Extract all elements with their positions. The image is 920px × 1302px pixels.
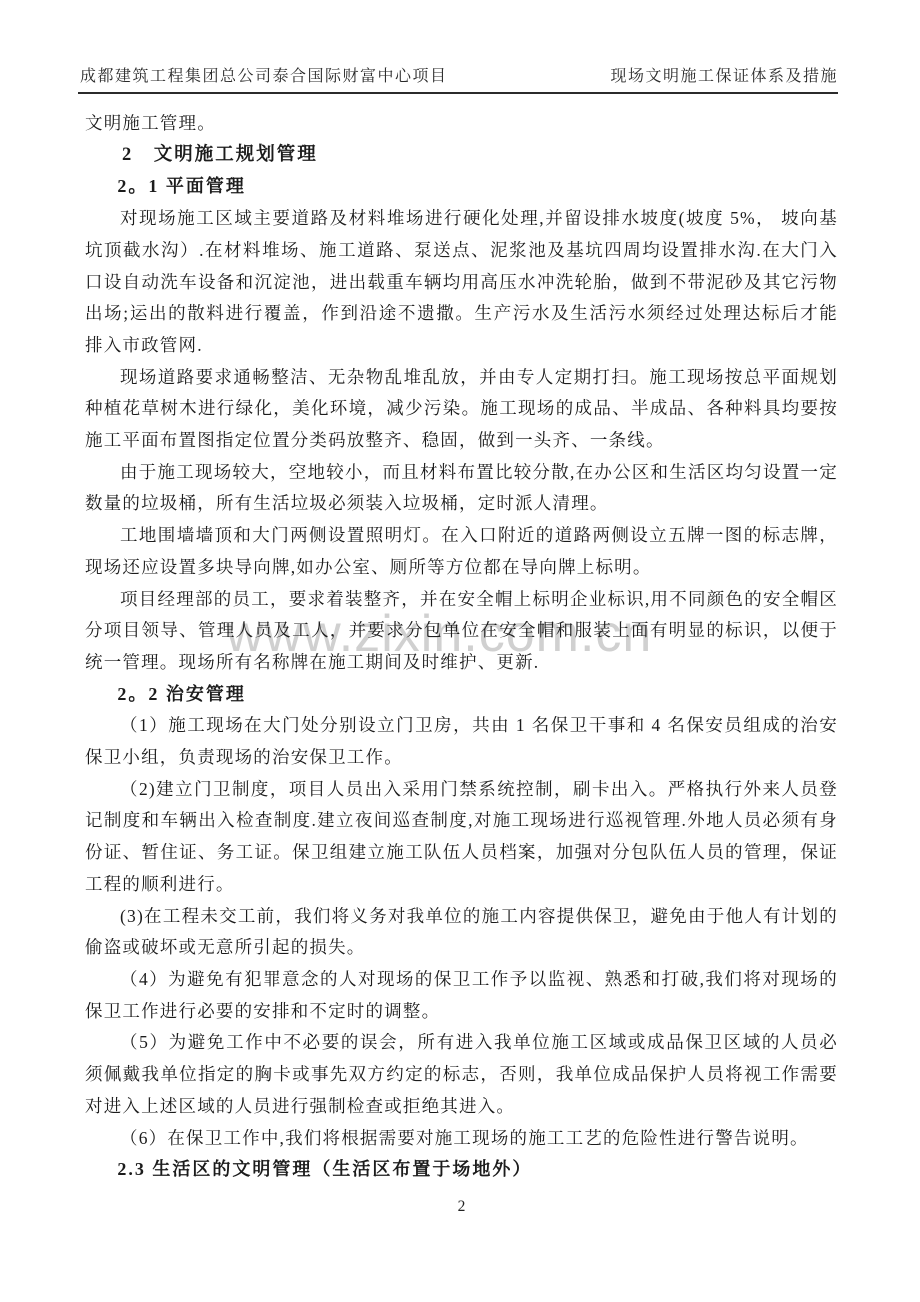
paragraph: （2)建立门卫制度，项目人员出入采用门禁系统控制，刷卡出入。严格执行外来人员登记…	[85, 774, 838, 901]
page-footer: 2	[85, 1198, 838, 1216]
paragraph: 项目经理部的员工，要求着装整齐，并在安全帽上标明企业标识,用不同颜色的安全帽区分…	[85, 584, 838, 679]
document-body: 文明施工管理。2 文明施工规划管理2。1 平面管理对现场施工区域主要道路及材料堆…	[85, 108, 838, 1186]
section-heading: 2 文明施工规划管理	[85, 140, 838, 172]
page-number: 2	[458, 1198, 466, 1215]
paragraph: 现场道路要求通畅整洁、无杂物乱堆乱放，并由专人定期打扫。施工现场按总平面规划种植…	[85, 362, 838, 457]
paragraph: （1）施工现场在大门处分别设立门卫房，共由 1 名保卫干事和 4 名保安员组成的…	[85, 710, 838, 773]
paragraph: 对现场施工区域主要道路及材料堆场进行硬化处理,并留设排水坡度(坡度 5%， 坡向…	[85, 203, 838, 362]
section-heading: 2。2 治安管理	[85, 679, 838, 711]
header-right-title: 现场文明施工保证体系及措施	[610, 63, 838, 86]
paragraph: (3)在工程未交工前，我们将义务对我单位的施工内容提供保卫，避免由于他人有计划的…	[85, 901, 838, 964]
paragraph: （4）为避免有犯罪意念的人对现场的保卫工作予以监视、熟悉和打破,我们将对现场的保…	[85, 964, 838, 1027]
section-heading: 2.3 生活区的文明管理（生活区布置于场地外）	[85, 1154, 838, 1186]
paragraph: 由于施工现场较大，空地较小，而且材料布置比较分散,在办公区和生活区均匀设置一定数…	[85, 457, 838, 520]
header-divider	[78, 92, 838, 94]
paragraph: 工地围墙墙顶和大门两侧设置照明灯。在入口附近的道路两侧设立五牌一图的标志牌，现场…	[85, 520, 838, 583]
paragraph: （6）在保卫工作中,我们将根据需要对施工现场的施工工艺的危险性进行警告说明。	[85, 1123, 838, 1155]
header-left-title: 成都建筑工程集团总公司泰合国际财富中心项目	[80, 63, 448, 86]
paragraph: （5）为避免工作中不必要的误会，所有进入我单位施工区域或成品保卫区域的人员必须佩…	[85, 1027, 838, 1122]
section-heading: 2。1 平面管理	[85, 171, 838, 203]
paragraph: 文明施工管理。	[85, 108, 838, 140]
page-header: 成都建筑工程集团总公司泰合国际财富中心项目 现场文明施工保证体系及措施	[80, 63, 838, 86]
document-page: 成都建筑工程集团总公司泰合国际财富中心项目 现场文明施工保证体系及措施 www.…	[0, 0, 920, 1302]
